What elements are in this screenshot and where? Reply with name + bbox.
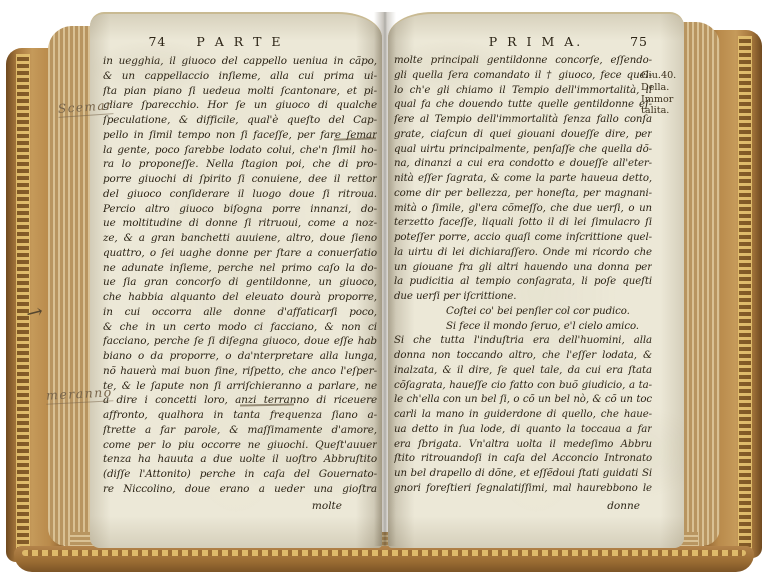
text-line: (diſſe l'Attonito) perche in caſa del Go…	[103, 467, 377, 482]
text-line: che habbia alquanto del eleuato dourà pr…	[103, 290, 377, 305]
text-line: lo ch'e gli chiamo il Tempio dell'immort…	[394, 84, 652, 99]
text-line: mità o ſimile, gl'era cõmeſſo, che due u…	[394, 202, 652, 217]
text-line: talita.	[641, 105, 693, 117]
left-page-header: 74 P A R T E	[90, 34, 382, 52]
right-page: P R I M A. 75 molte principali gentildon…	[388, 12, 684, 548]
text-line: pello in ſimil tempo non ſi faceſſe, per…	[103, 128, 377, 143]
text-line: ue ſia gran concorſo di gentildonne, un …	[103, 275, 377, 290]
book-cover-bottom	[14, 546, 754, 572]
text-line: due uerſi per iſcrittione.	[394, 290, 652, 305]
text-line: poteſſer porre, accio quaſi come inſcrit…	[394, 231, 652, 246]
text-line: qual uirtu principalmente, penſaſſe che …	[394, 143, 652, 158]
text-line: Percio altro giuoco biſogna porre innanz…	[103, 202, 377, 217]
text-line: porre giuochi di ſpirito ſi conuiene, de…	[103, 172, 377, 187]
text-line: Si che tutta l'induſtria era dell'huomin…	[394, 334, 652, 349]
text-line: ſere al Tempio dell'immortalità ſenza fa…	[394, 113, 652, 128]
catchword-right: donne	[607, 500, 640, 512]
text-line: carli la mano in guiderdone di quello, c…	[394, 408, 652, 423]
left-page-text-block: in uegghia, il giuoco del cappello ueniu…	[103, 54, 377, 497]
text-line: gliare ſparecchio. Hor ſe un giuoco di q…	[103, 98, 377, 113]
text-line: come per lo piu occorre ne giuochi. Queſ…	[103, 438, 377, 453]
text-line: te, & le ſapute non ſi arriſchieranno a …	[103, 379, 377, 394]
running-title-left: P A R T E	[196, 34, 283, 52]
text-line: in cui occorra alle donne d'affaticarſi …	[103, 305, 377, 320]
text-line: cõſagrata, haueſſe cio fatto con buõ giu…	[394, 379, 652, 394]
text-line: tenza ha hauuta a due uolte il uoſtro Ab…	[103, 452, 377, 467]
printed-margin-note: Giu.40.Della.Immortalita.	[641, 70, 693, 117]
text-line: terzetto faceſſe, liquali ſotto il di le…	[394, 216, 652, 231]
text-line: come dir per bellezza, per honeſta, per …	[394, 187, 652, 202]
text-line: le ch'ella con un bel ſi, o cõ un bel nò…	[394, 393, 652, 408]
text-line: donna non toccando altro, che l'eſſer lo…	[394, 349, 652, 364]
text-line: & che in un certo modo ci facciano, & no…	[103, 320, 377, 335]
text-line: in uegghia, il giuoco del cappello ueniu…	[103, 54, 377, 69]
text-line: ze, & a gran banchetti auuiene, altro, d…	[103, 231, 377, 246]
text-line: grate, ciaſcun di quei giouani doueſſe d…	[394, 128, 652, 143]
catchword-left: molte	[312, 500, 342, 512]
text-line: ra lo proponeſſe. Nella ſtagion poi, che…	[103, 157, 377, 172]
text-line: Immor	[641, 94, 693, 106]
text-line: re Niccolino, doue erano a ueder una gio…	[103, 482, 377, 497]
gilt-tooling-bottom	[22, 550, 746, 556]
handwritten-note-meranno: meranno	[46, 384, 114, 404]
text-line: la pudicitia al tempio conſagrata, li po…	[394, 275, 652, 290]
text-line: un giouane fra gli altri hauendo una don…	[394, 261, 652, 276]
text-line: ne adunate inſieme, perche nel primo caſ…	[103, 261, 377, 276]
left-page: 74 P A R T E in uegghia, il giuoco del c…	[90, 12, 382, 548]
text-line: gnori foreſtieri ſegnalatiſſimi, mal hau…	[394, 482, 652, 497]
text-line: na, dinanzi a cui era condotto e doueſſe…	[394, 157, 652, 172]
page-number-right: 75	[630, 34, 648, 49]
right-page-text-block: molte principali gentildonne concorſe, e…	[394, 54, 652, 497]
text-line: ue moltitudine di donne ſi ritruoui, com…	[103, 216, 377, 231]
text-line: inalzata, & il dire, ſe quel tale, da cu…	[394, 364, 652, 379]
text-line: ſpeculatione, & difficile, qual'è queſto…	[103, 113, 377, 128]
right-page-header: P R I M A. 75	[388, 34, 684, 52]
text-line: gli quella ſera comandato il † giuoco, f…	[394, 69, 652, 84]
page-number-left: 74	[148, 34, 166, 52]
text-line: ua detto in ſua lode, di quanto la tocca…	[394, 423, 652, 438]
text-line: qual fa che douendo tutte quelle gentild…	[394, 98, 652, 113]
text-line: Giu.40.	[641, 70, 693, 82]
text-line: nõ hauerà mai buon fine, riſpetto, che a…	[103, 364, 377, 379]
gilt-tooling-right	[738, 36, 752, 552]
open-book-photo: 74 P A R T E in uegghia, il giuoco del c…	[0, 0, 768, 578]
text-line: & un cappellaccio inſieme, alla cui prim…	[103, 69, 377, 84]
text-line: ſtito ritrouandoſi in caſa del Acconcio …	[394, 452, 652, 467]
text-line: la gente, poco ſarebbe lodato colui, che…	[103, 143, 377, 158]
text-line: ſta pian piano ſi uedeua molti ſcantonar…	[103, 84, 377, 99]
running-title-right: P R I M A.	[489, 34, 583, 49]
text-line: molte principali gentildonne concorſe, e…	[394, 54, 652, 69]
text-line: ſtrette a far parole, & maſſimamente d'a…	[103, 423, 377, 438]
text-line: nità eſſer ſagrata, & come la parte haue…	[394, 172, 652, 187]
text-line: Della.	[641, 82, 693, 94]
text-line: Coſtei co' bei penſier col cor pudico.	[394, 305, 652, 320]
text-line: del giuoco conſiderare il luogo doue ſi …	[103, 187, 377, 202]
text-line: un bel drapello di dõne, et eſſẽdoui ſta…	[394, 467, 652, 482]
text-line: Si fece il mondo ſeruo, e'l cielo amico.	[394, 320, 652, 335]
text-line: facciano, perche ſe ſi diſegna giuoco, d…	[103, 334, 377, 349]
text-line: biano o da proporre, o da'nterpretare al…	[103, 349, 377, 364]
text-line: quattro, o ſei uaghe donne per ſtare a c…	[103, 246, 377, 261]
text-line: la uirtu di lei dichiaraſſero. Onde mi r…	[394, 246, 652, 261]
text-line: affronto, qualhora in tanta frequenza ſi…	[103, 408, 377, 423]
text-line: era ſbrigata. Vn'altra uolta il medeſimo…	[394, 438, 652, 453]
